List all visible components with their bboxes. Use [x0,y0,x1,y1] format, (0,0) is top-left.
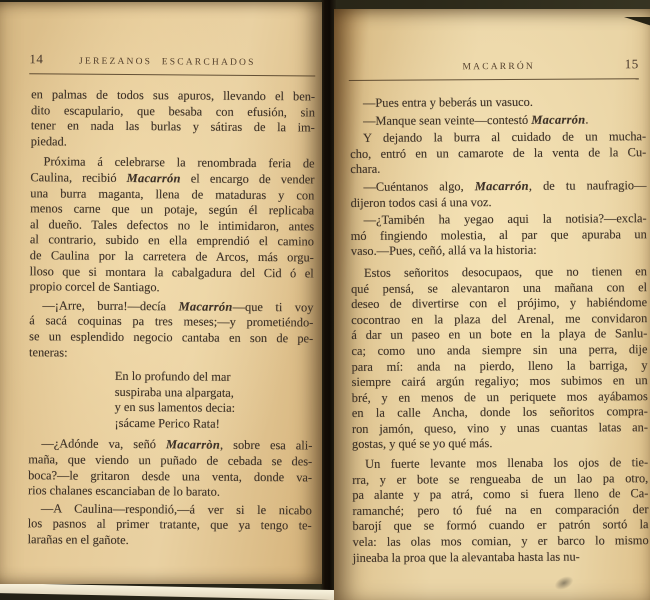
text-line: en palmas de todos sus apuros, llevando … [31,87,315,105]
paragraph: —Pues entra y beberás un vasuco. [350,94,646,111]
text-line: vaso.—Pues, ceñó, allá va la historia: [351,242,647,259]
left-page-body: en palmas de todos sus apuros, llevando … [28,87,316,550]
right-page-header: MACARRÓN 15 [349,56,639,81]
text-line: de Caulina por la carretera de Arcos, má… [30,248,314,266]
right-page-body: —Pues entra y beberás un vasuco.—Manque … [350,94,649,566]
verse-block: En lo profundo del marsuspiraba una alpa… [28,368,312,433]
text-line: propio corcel de Santiago. [30,279,314,297]
paragraph: Un fuerte levante mos llenaba los ojos d… [352,455,649,566]
paragraph: —¿Adónde va, señó Macarròn, sobre esa al… [28,437,312,502]
text-line: —Pues entra y beberás un vasuco. [350,94,646,111]
page-corner-shadow [624,17,650,26]
text-line: ¡sácame Perico Rata! [114,416,312,433]
text-line: rios chalanes escanciaban de lo barato. [28,483,312,501]
left-page-number: 14 [29,51,43,67]
text-line: Un fuerte levante mos llenaba los ojos d… [352,455,648,472]
text-line: vela: las olas mos comian, y er barco lo… [353,533,649,550]
right-page: MACARRÓN 15 —Pues entra y beberás un vas… [334,9,650,600]
paragraph: —¿Tamibén ha yegao aqui la notisia?—excl… [351,211,647,260]
paragraph: Y dejando la burra al cuidado de un much… [350,129,646,178]
text-line: ron jamón, queso, vino y unas cuantas la… [352,420,648,437]
paragraph: —Cuéntanos algo, Macarrón, de tu naufrag… [350,178,646,211]
right-page-number: 15 [625,56,639,72]
left-page: 14 JEREZANOS ESCARCHADOS en palmas de to… [0,2,322,584]
text-line: qué pensá, se alevantaron una mañana con… [351,280,647,297]
text-line: para mí: anda na pierdo, lleno la barrig… [352,358,648,375]
text-line: ca; como uno anda siempre sin una perra,… [351,342,647,359]
paragraph: —Manque sean veinte—contestó Macarrón. [350,112,646,129]
paragraph: —¡Arre, burra!—decía Macarrón—que ti voy… [29,298,313,363]
under-page-edge [0,583,344,600]
text-line: gostas, y qué se yo qué más. [352,436,648,453]
text-line: siempre cairá argún regaliyo; mos subimo… [352,373,648,390]
text-line: —Manque sean veinte—contestó Macarrón. [350,112,646,129]
left-page-surface: 14 JEREZANOS ESCARCHADOS en palmas de to… [0,1,324,586]
text-line: En lo profundo del mar [115,369,313,386]
text-line: y en sus lamentos decia: [115,400,313,417]
text-line: barojí que se formó cuando er patrón sor… [352,518,648,535]
text-line: mó fingiendo molestia, al par que apurab… [351,227,647,244]
paragraph: Estos señoritos desocupaos, que no tiene… [351,264,648,453]
text-line: Y dejando la burra al cuidado de un much… [350,129,646,146]
right-page-surface: MACARRÓN 15 —Pues entra y beberás un vas… [332,8,650,600]
text-line: Caulina, recibió Macarrón el encargo de … [30,170,314,188]
text-line: ramanché; pero tó fué na en comparación … [352,502,648,519]
text-line: tener en nada las burlas y sátiras de la… [31,118,315,136]
paragraph: en palmas de todos sus apuros, llevando … [31,87,315,152]
text-line: maña, que viendo un puñado de cebada se … [28,452,312,470]
text-line: —Cuéntanos algo, Macarrón, de tu naufrag… [350,178,646,195]
text-line: rra, y er bote se rengueaba de un lao pa… [352,471,648,488]
text-line: suspiraba una alpargata, [115,385,313,402]
text-line: cho, entró en un camarote de la venta de… [350,145,646,162]
text-line: jineaba la proa que la alevantaba hasta … [353,549,649,566]
right-running-title: MACARRÓN [373,61,625,73]
text-line: chara. [350,161,646,178]
text-line: bré, y en menos de un periquete mos ayáb… [352,389,648,406]
text-line: larañas en el gañote. [28,532,312,550]
text-line: Estos señoritos desocupaos, que no tiene… [351,264,647,281]
text-line: pa alante y pa atrá, como si fuera lleno… [352,486,648,503]
text-line: menos carne que un potaje, según él repl… [30,201,314,219]
photo-backdrop: 14 JEREZANOS ESCARCHADOS en palmas de to… [0,0,650,600]
text-line: —¿Tamibén ha yegao aqui la notisia?—excl… [351,211,647,228]
text-line: cocontrao en la plaza del Arenal, me con… [351,311,647,328]
text-line: dijeron todos casi á una voz. [351,194,647,211]
left-running-title: JEREZANOS ESCARCHADOS [43,56,291,68]
text-line: piedad. [31,134,315,152]
paragraph: —A Caulina—respondió,—á ver si le nicabo… [28,501,312,550]
text-line: deseo de divertirse con el prójimo, y ha… [351,295,647,312]
text-line: teneras: [29,345,313,363]
foxing-spot [612,396,620,402]
left-page-header: 14 JEREZANOS ESCARCHADOS [29,51,315,76]
paragraph: Próxima á celebrarse la renombrada feria… [30,155,315,298]
text-line: se un esplendido negocio cantaba en son … [29,329,313,347]
text-line: á dar un paseo en un bote en la playa de… [351,326,647,343]
text-line: en la calle Ancha, donde los señoritos c… [352,404,648,421]
